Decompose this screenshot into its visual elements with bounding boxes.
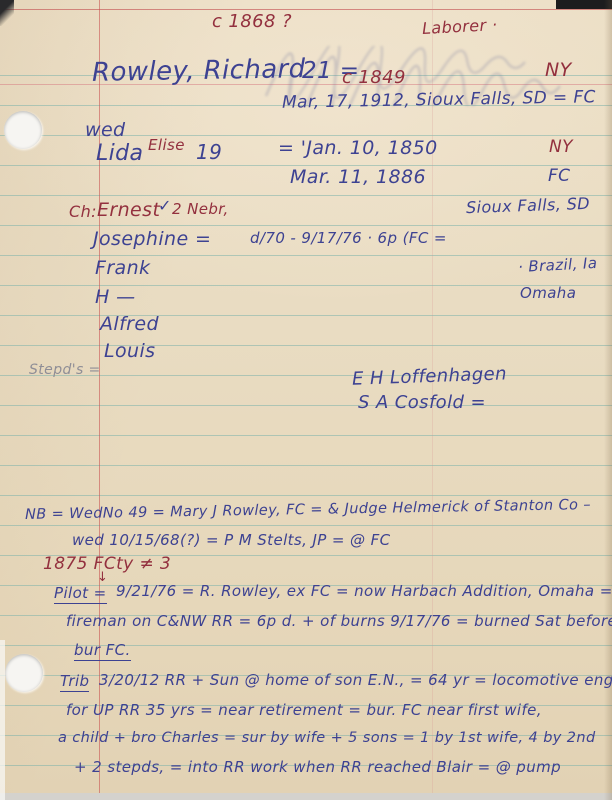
punch-hole-bottom [5, 654, 43, 692]
pilot-line1: 9/21/76 = R. Rowley, ex FC = now Harbach… [116, 582, 612, 600]
children-label: Ch: [69, 202, 97, 221]
wed-label: wed [85, 119, 126, 141]
stepchild-cosfold: S A Cosfold = [358, 392, 486, 413]
trib-line3: a child + bro Charles = sur by wife + 5 … [58, 730, 596, 746]
trib-line2: for UP RR 35 yrs = near retirement = bur… [66, 701, 542, 719]
occupation-note: Laborer · [422, 15, 498, 38]
child-josephine-detail: d/70 - 9/17/76 · 6p (FC = [250, 229, 447, 247]
trib-line4: + 2 stepds, = into RR work when RR reach… [74, 758, 561, 776]
spouse-death-date: Mar. 11, 1886 [290, 166, 426, 188]
spouse-age: 19 [196, 140, 222, 164]
subject-birth-place: NY [545, 59, 572, 81]
top-red-rule [0, 9, 612, 10]
punch-hole-top [4, 111, 42, 149]
notebook-page: c 1868 ? Laborer · Rowley, Richard 21 = … [0, 0, 612, 800]
circa-year-note: c 1868 ? [212, 11, 292, 32]
child-ernest: Ernest [97, 199, 160, 221]
scan-edge-top-left [0, 0, 14, 26]
child-josephine: Josephine = [93, 228, 211, 250]
pilot-line2: fireman on C&NW RR = 6p d. + of burns 9/… [66, 612, 612, 630]
spouse-birth-place: NY [549, 137, 573, 157]
scan-edge-left [0, 640, 5, 800]
child-frank: Frank [95, 257, 150, 279]
child-louis: Louis [104, 340, 155, 362]
spouse-middle-name: Elise [148, 136, 185, 154]
nb-note-line2: wed 10/15/68(?) = P M Stelts, JP = @ FC [72, 531, 391, 549]
spouse-name: Lida [96, 141, 143, 166]
trib-source-label: Trib [60, 672, 89, 692]
child-alfred: Alfred [100, 313, 159, 335]
check-mark: ✓ [158, 196, 172, 215]
pilot-line3: bur FC. [74, 641, 131, 661]
scan-edge-bottom [0, 793, 612, 800]
spouse-birth-date: = 'Jan. 10, 1850 [278, 137, 438, 159]
child-ernest-note: 2 Nebr, [172, 200, 229, 218]
child-h-residence: Omaha [520, 284, 576, 302]
stepchildren-label: Stepd's = [29, 362, 101, 378]
spouse-burial: FC [548, 166, 570, 186]
pilot-source-label: Pilot = [54, 584, 107, 604]
subject-name: Rowley, Richard [92, 54, 306, 88]
child-h: H — [95, 286, 136, 308]
red-arrow-mark: ↓ [97, 570, 108, 585]
trib-line1: 3/20/12 RR + Sun @ home of son E.N., = 6… [99, 671, 612, 689]
subject-birth-year: c 1849 [342, 67, 406, 88]
